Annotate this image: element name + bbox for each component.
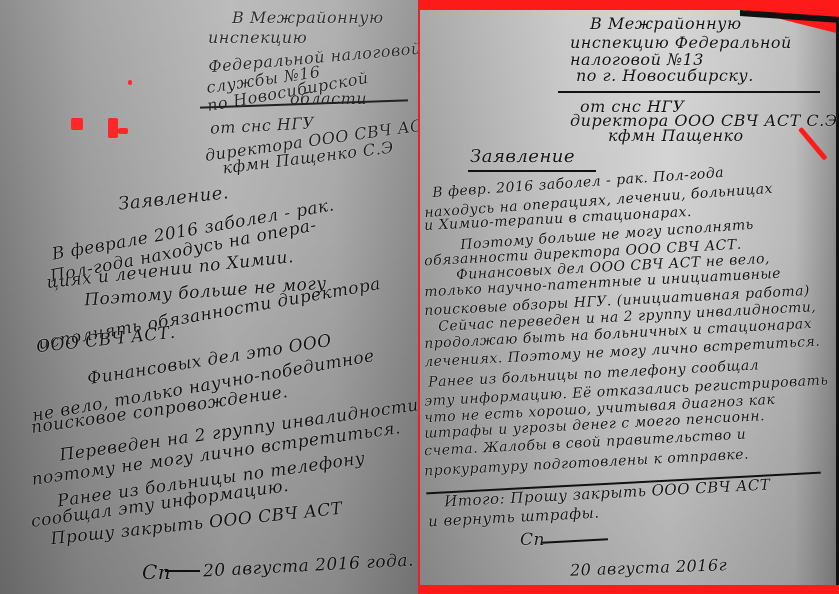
right-signature: Сп xyxy=(520,532,545,549)
red-artifact xyxy=(71,118,83,130)
left-signature-stroke xyxy=(165,570,200,572)
left-signature: Сп xyxy=(142,562,171,582)
right-addressee-line-4: по г. Новосибирску. xyxy=(576,68,754,84)
right-document-scan: В Межрайонную инспекцию Федеральной нало… xyxy=(420,0,839,594)
left-addressee-line-1: В Межрайонную xyxy=(232,10,384,26)
red-artifact xyxy=(118,128,128,134)
left-body-line-6: ООО СВЧ АСТ. xyxy=(35,325,176,357)
right-title-underline xyxy=(468,170,596,172)
left-addressee-line-2: инспекцию xyxy=(208,30,307,46)
right-addressee-line-1: В Межрайонную xyxy=(590,16,742,32)
right-document-title: Заявление xyxy=(470,148,575,166)
right-header-divider xyxy=(558,91,820,93)
left-date: 20 августа 2016 года. xyxy=(203,552,415,580)
right-addressee-line-2: инспекцию Федеральной xyxy=(570,35,792,51)
right-sender-line-3: кфмн Пащенко xyxy=(608,128,744,144)
red-artifact xyxy=(128,80,132,85)
red-artifact xyxy=(108,118,118,138)
left-document-title: Заявление. xyxy=(117,184,230,214)
left-document-scan: В Межрайонную инспекцию Федеральной нало… xyxy=(0,0,418,594)
